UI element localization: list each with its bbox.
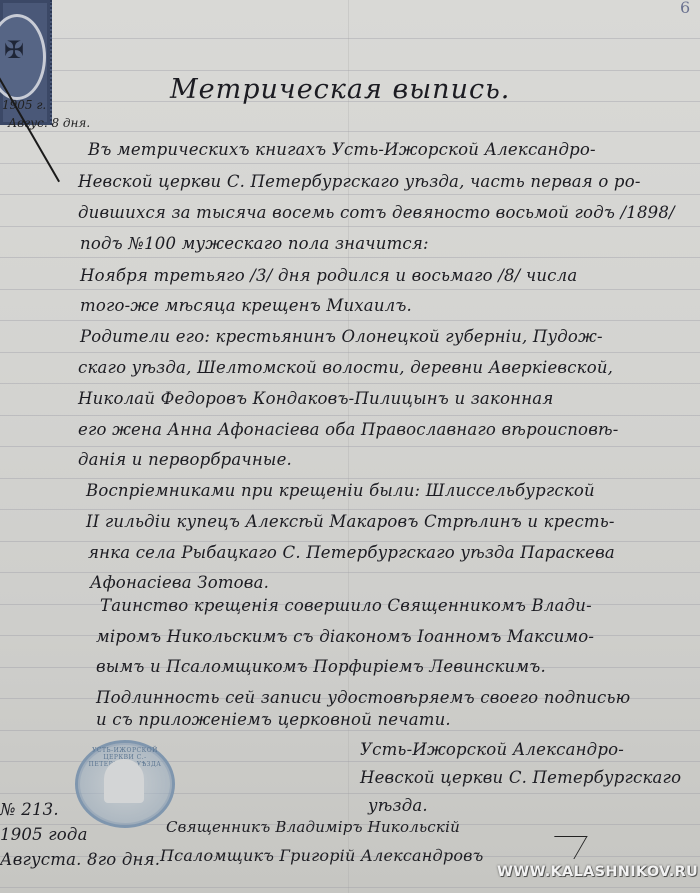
body-line: Въ метрическихъ книгахъ Усть-Ижорской Ал… xyxy=(88,140,596,159)
ruled-line xyxy=(0,131,700,132)
document-title: Метрическая выпись. xyxy=(170,74,510,105)
ruled-line xyxy=(0,352,700,353)
ruled-line xyxy=(0,289,700,290)
ruled-line xyxy=(0,226,700,227)
body-line: Николай Федоровъ Кондаковъ-Пилицынъ и за… xyxy=(78,389,553,408)
body-line: II гильдіи купецъ Алексѣй Макаровъ Стрѣл… xyxy=(86,512,615,531)
page-number: 6 xyxy=(680,0,690,17)
church-block-line: Усть-Ижорской Александро- xyxy=(360,740,624,759)
ruled-line xyxy=(0,541,700,542)
psalmist-signature: Псаломщикъ Григорій Александровъ xyxy=(160,846,484,865)
body-line: вымъ и Псаломщикомъ Порфиріемъ Левинским… xyxy=(96,657,546,676)
stamp-annotation-date: Авгус. 8 дня. xyxy=(0,114,90,132)
ruled-line xyxy=(0,320,700,321)
church-block-line: уѣзда. xyxy=(368,796,428,815)
body-line: подъ №100 мужескаго пола значится: xyxy=(80,234,429,253)
body-line: Подлинность сей записи удостовѣряемъ сво… xyxy=(96,688,630,707)
body-line: Афонасіева Зотова. xyxy=(90,573,269,592)
ruled-line xyxy=(0,730,700,731)
body-line: Родители его: крестьянинъ Олонецкой губе… xyxy=(80,327,603,346)
ruled-line xyxy=(0,478,700,479)
ruled-line xyxy=(0,446,700,447)
body-line: дившихся за тысяча восемь сотъ девяносто… xyxy=(78,203,675,222)
church-bell-seal-icon xyxy=(104,759,144,803)
registry-number: № 213. xyxy=(0,800,59,819)
ruled-line xyxy=(0,509,700,510)
body-line: и съ приложеніемъ церковной печати. xyxy=(96,710,451,729)
ruled-line xyxy=(0,415,700,416)
body-line: Таинство крещенія совершило Священникомъ… xyxy=(100,596,592,615)
ruled-line xyxy=(0,383,700,384)
ruled-line xyxy=(0,194,700,195)
body-line: данія и перворбрачные. xyxy=(78,450,292,469)
body-line: того-же мѣсяца крещенъ Михаилъ. xyxy=(80,296,412,315)
watermark: WWW.KALASHNIKOV.RU xyxy=(497,864,698,880)
body-line: Воспріемниками при крещеніи были: Шлиссе… xyxy=(86,481,595,500)
ruled-line xyxy=(0,38,700,39)
ruled-line xyxy=(0,257,700,258)
ruled-line xyxy=(0,70,700,71)
registry-date: Августа. 8го дня. xyxy=(0,850,160,869)
body-line: янка села Рыбацкаго С. Петербургскаго уѣ… xyxy=(88,543,615,562)
paper-fold xyxy=(348,0,349,893)
body-line: скаго уѣзда, Шелтомской волости, деревни… xyxy=(78,358,613,377)
double-headed-eagle-icon: ✠ xyxy=(4,36,24,64)
body-line: Невской церкви С. Петербургскаго уѣзда, … xyxy=(78,172,641,191)
church-block-line: Невской церкви С. Петербургскаго xyxy=(360,768,681,787)
document-page: 6 ✠ 1905 г. Авгус. 8 дня. Метрическая вы… xyxy=(0,0,700,893)
priest-signature: Священникъ Владиміръ Никольскій xyxy=(166,818,460,836)
body-line: его жена Анна Афонасіева оба Православна… xyxy=(78,420,619,439)
body-line: міромъ Никольскимъ съ діакономъ Іоанномъ… xyxy=(96,627,594,646)
church-seal: УСТЬ-ИЖОРСКОЙ ЦЕРКВИ С.-ПЕТЕРБУРГ. УѢЗДА xyxy=(75,740,175,828)
registry-year: 1905 года xyxy=(0,825,88,844)
ruled-line xyxy=(0,163,700,164)
ruled-line xyxy=(0,887,700,888)
body-line: Ноября третьяго /3/ дня родился и восьма… xyxy=(80,266,577,285)
